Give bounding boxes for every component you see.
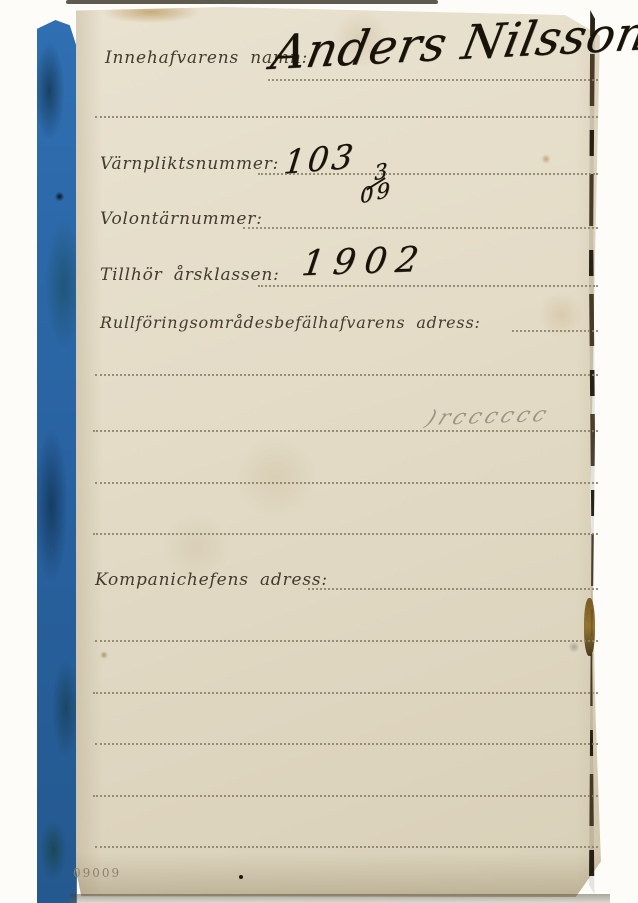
- page-top-edge: [66, 0, 438, 4]
- dotted-line: [258, 173, 598, 175]
- field-label-tillhor-arsklassen: Tillhör årsklassen:: [100, 265, 280, 285]
- field-label-kompanichefens-adress: Kompanichefens adress:: [95, 570, 328, 590]
- dotted-line: [93, 430, 598, 432]
- dotted-line: [258, 285, 598, 287]
- handwritten-conscription-number: 103309: [278, 133, 399, 212]
- conscription-number-value: 103: [282, 136, 359, 182]
- torn-edge-stain: [584, 598, 595, 656]
- handwritten-year-class: 1902: [299, 240, 430, 285]
- dotted-line: [93, 795, 598, 797]
- service-book-page-photo: Innehafvarens namn: Anders Nilsson Värnp…: [0, 0, 638, 903]
- book-blue-edge: [37, 20, 78, 903]
- page-bottom-shadow: [70, 894, 610, 903]
- dotted-line: [95, 640, 598, 642]
- dotted-line: [512, 330, 598, 332]
- dotted-line: [93, 533, 598, 535]
- field-label-rullforingsomrade-adress: Rullföringsområdesbefälhafvarens adress:: [100, 313, 481, 332]
- field-label-varnpliktsnummer: Värnpliktsnummer:: [100, 154, 279, 174]
- dotted-line: [95, 743, 598, 745]
- ink-spot: [239, 875, 243, 879]
- conscription-number-fraction: 309: [360, 161, 393, 206]
- dotted-line: [243, 227, 598, 229]
- dotted-line: [95, 116, 598, 118]
- field-label-volontarnummer: Volontärnummer:: [100, 209, 263, 229]
- dotted-line: [95, 846, 598, 848]
- dotted-line: [93, 692, 598, 694]
- dotted-line: [268, 79, 598, 81]
- dotted-line: [95, 374, 598, 376]
- faint-pencil-scribble: )rcccccc: [422, 402, 554, 430]
- dotted-line: [95, 482, 598, 484]
- dotted-line: [308, 588, 598, 590]
- print-series-number: 09009: [73, 866, 121, 880]
